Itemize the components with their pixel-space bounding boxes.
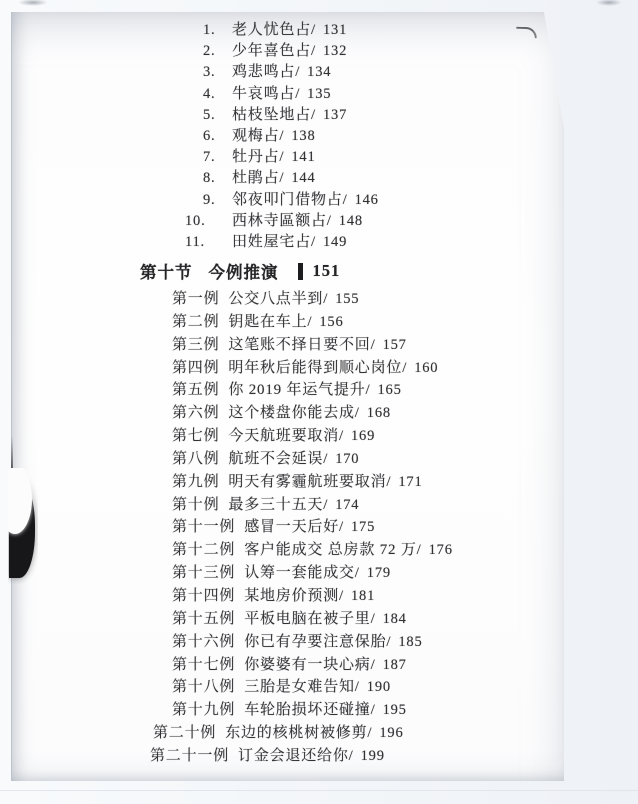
toc-example-row: 第二十例东边的核桃树被修剪/196 <box>11 722 564 745</box>
example-ordinal: 第八例 <box>172 448 219 471</box>
example-page: 195 <box>383 699 407 722</box>
entry-page: 149 <box>323 232 347 253</box>
example-page: 174 <box>335 494 359 517</box>
entry-title: 少年喜色占/ <box>232 41 316 62</box>
example-page: 157 <box>383 334 407 357</box>
example-page: 185 <box>398 631 422 654</box>
example-title: 明天有雾霾航班要取消/ <box>228 471 391 494</box>
top-left-smudge <box>18 0 48 6</box>
example-page: 165 <box>377 379 401 402</box>
example-page: 171 <box>398 471 422 494</box>
example-title: 感冒一天后好/ <box>244 516 344 539</box>
example-title: 钥匙在车上/ <box>228 311 312 334</box>
toc-entry: 1.老人忧色占/131 <box>11 20 564 41</box>
entry-title: 西林寺區额占/ <box>232 211 332 232</box>
toc-example-row: 第十五例平板电脑在被子里/184 <box>11 608 564 631</box>
entry-title: 老人忧色占/ <box>232 20 316 41</box>
toc-entry: 3.鸡悲鸣占/134 <box>11 62 564 83</box>
example-ordinal: 第二十例 <box>153 722 216 745</box>
example-title: 这笔账不择日要不回/ <box>228 334 375 357</box>
toc-entry: 10.西林寺區额占/148 <box>11 211 564 232</box>
example-ordinal: 第十一例 <box>172 516 235 539</box>
example-page: 175 <box>351 516 375 539</box>
entry-number: 6. <box>203 126 232 147</box>
toc-example-row: 第十七例你婆婆有一块心病/187 <box>11 654 564 677</box>
example-ordinal: 第三例 <box>172 334 219 357</box>
toc-example-row: 第十二例客户能成交 总房款 72 万/176 <box>11 539 564 562</box>
toc-example-row: 第十一例感冒一天后好/175 <box>11 516 564 539</box>
section-heading: 第十节 今例推演 151 <box>140 258 340 284</box>
toc-example-row: 第十例最多三十五天/174 <box>11 494 564 517</box>
entry-number: 5. <box>203 105 232 126</box>
example-title: 三胎是女难告知/ <box>244 676 360 699</box>
entry-number: 4. <box>203 84 232 105</box>
entry-page: 137 <box>323 105 347 126</box>
example-ordinal: 第十四例 <box>172 585 235 608</box>
example-title: 车轮胎损坏还碰撞/ <box>244 699 375 722</box>
example-ordinal: 第十五例 <box>172 608 235 631</box>
section-divider-bar <box>298 263 303 280</box>
example-title: 你 2019 年运气提升/ <box>228 379 370 402</box>
entry-title: 牡丹占/ <box>232 147 284 168</box>
toc-example-row: 第四例明年秋后能得到顺心岗位/160 <box>11 357 564 380</box>
entry-page: 148 <box>339 211 363 232</box>
example-ordinal: 第四例 <box>172 357 219 380</box>
example-title: 东边的核桃树被修剪/ <box>225 722 372 745</box>
example-ordinal: 第十六例 <box>172 631 235 654</box>
toc-example-row: 第五例你 2019 年运气提升/165 <box>11 379 564 402</box>
example-ordinal: 第十七例 <box>172 654 235 677</box>
example-page: 176 <box>429 539 453 562</box>
section-page: 151 <box>313 261 341 281</box>
toc-example-row: 第六例这个楼盘你能去成/168 <box>11 402 564 425</box>
top-right-smudge <box>596 0 622 6</box>
example-page: 199 <box>361 745 385 768</box>
example-ordinal: 第九例 <box>172 471 219 494</box>
entry-title: 杜鹃占/ <box>232 168 284 189</box>
example-ordinal: 第十二例 <box>172 539 235 562</box>
entry-page: 131 <box>323 20 347 41</box>
example-page: 155 <box>335 288 359 311</box>
scanned-page: 1.老人忧色占/131 2.少年喜色占/132 3.鸡悲鸣占/134 4.牛哀鸣… <box>11 12 564 781</box>
entry-number: 2. <box>203 41 232 62</box>
toc-example-row: 第七例今天航班要取消/169 <box>11 425 564 448</box>
example-title: 订金会退还给你/ <box>238 745 354 768</box>
toc-entry: 8.杜鹃占/144 <box>11 168 564 189</box>
toc-example-row: 第十九例车轮胎损坏还碰撞/195 <box>11 699 564 722</box>
example-page: 168 <box>367 402 391 425</box>
toc-example-row: 第十三例认筹一套能成交/179 <box>11 562 564 585</box>
example-title: 你婆婆有一块心病/ <box>244 654 375 677</box>
entry-number: 9. <box>203 190 232 211</box>
example-title: 平板电脑在被子里/ <box>244 608 375 631</box>
sub-item-list: 1.老人忧色占/131 2.少年喜色占/132 3.鸡悲鸣占/134 4.牛哀鸣… <box>11 20 564 253</box>
toc-entry: 6.观梅占/138 <box>11 126 564 147</box>
example-ordinal: 第六例 <box>172 402 219 425</box>
toc-entry: 7.牡丹占/141 <box>11 147 564 168</box>
example-title: 航班不会延误/ <box>228 448 328 471</box>
entry-title: 田姓屋宅占/ <box>232 232 316 253</box>
entry-title: 牛哀鸣占/ <box>232 84 300 105</box>
toc-example-row: 第十六例你已有孕要注意保胎/185 <box>11 631 564 654</box>
entry-page: 138 <box>291 126 315 147</box>
example-page: 160 <box>414 357 438 380</box>
example-page: 169 <box>351 425 375 448</box>
toc-entry: 2.少年喜色占/132 <box>11 41 564 62</box>
toc-example-row: 第八例航班不会延误/170 <box>11 448 564 471</box>
scan-artifact-blob <box>8 468 38 584</box>
entry-number: 10. <box>185 211 232 232</box>
entry-page: 134 <box>307 62 331 83</box>
example-ordinal: 第十九例 <box>172 699 235 722</box>
entry-page: 135 <box>307 84 331 105</box>
left-edge-shadow-line <box>11 436 13 472</box>
example-title: 公交八点半到/ <box>228 288 328 311</box>
example-ordinal: 第二十一例 <box>150 745 229 768</box>
example-title: 这个楼盘你能去成/ <box>228 402 359 425</box>
example-page: 156 <box>319 311 343 334</box>
example-ordinal: 第五例 <box>172 379 219 402</box>
toc-example-row: 第二十一例订金会退还给你/199 <box>11 745 564 768</box>
toc-example-row: 第二例钥匙在车上/156 <box>11 311 564 334</box>
scanned-book-toc-screenshot: { "document": { "sub_items": [ {"num":"1… <box>0 0 638 804</box>
example-page: 170 <box>335 448 359 471</box>
entry-title: 鸡悲鸣占/ <box>232 62 300 83</box>
example-page: 184 <box>383 608 407 631</box>
example-ordinal: 第十八例 <box>172 676 235 699</box>
entry-number: 8. <box>203 168 232 189</box>
example-ordinal: 第七例 <box>172 425 219 448</box>
toc-example-row: 第十八例三胎是女难告知/190 <box>11 676 564 699</box>
example-ordinal: 第一例 <box>172 288 219 311</box>
entry-title: 观梅占/ <box>232 126 284 147</box>
toc-example-row: 第九例明天有雾霾航班要取消/171 <box>11 471 564 494</box>
example-title: 今天航班要取消/ <box>228 425 344 448</box>
entry-title: 邻夜叩门借物占/ <box>232 190 348 211</box>
example-ordinal: 第十三例 <box>172 562 235 585</box>
toc-entry: 11.田姓屋宅占/149 <box>11 232 564 253</box>
section-title: 今例推演 <box>209 259 279 283</box>
example-title: 最多三十五天/ <box>228 494 328 517</box>
section-number: 第十节 <box>140 259 193 283</box>
example-title: 某地房价预测/ <box>244 585 344 608</box>
example-title: 明年秋后能得到顺心岗位/ <box>228 357 407 380</box>
toc-example-row: 第十四例某地房价预测/181 <box>11 585 564 608</box>
example-page: 190 <box>367 676 391 699</box>
entry-page: 141 <box>291 147 315 168</box>
entry-page: 132 <box>323 41 347 62</box>
entry-number: 11. <box>185 232 232 253</box>
bottom-divider-line <box>0 790 638 791</box>
entry-page: 144 <box>291 168 315 189</box>
example-ordinal: 第二例 <box>172 311 219 334</box>
entry-number: 1. <box>203 20 232 41</box>
example-title: 认筹一套能成交/ <box>244 562 360 585</box>
example-page: 187 <box>383 654 407 677</box>
example-list: 第一例公交八点半到/155 第二例钥匙在车上/156 第三例这笔账不择日要不回/… <box>11 288 564 768</box>
example-title: 客户能成交 总房款 72 万/ <box>244 539 421 562</box>
entry-page: 146 <box>355 190 379 211</box>
toc-entry: 4.牛哀鸣占/135 <box>11 84 564 105</box>
example-page: 179 <box>367 562 391 585</box>
example-page: 181 <box>351 585 375 608</box>
toc-entry: 5.枯枝坠地占/137 <box>11 105 564 126</box>
toc-entry: 9.邻夜叩门借物占/146 <box>11 190 564 211</box>
toc-example-row: 第三例这笔账不择日要不回/157 <box>11 334 564 357</box>
example-title: 你已有孕要注意保胎/ <box>244 631 391 654</box>
toc-example-row: 第一例公交八点半到/155 <box>11 288 564 311</box>
entry-title: 枯枝坠地占/ <box>232 105 316 126</box>
entry-number: 7. <box>203 147 232 168</box>
example-ordinal: 第十例 <box>172 494 219 517</box>
example-page: 196 <box>379 722 403 745</box>
entry-number: 3. <box>203 62 232 83</box>
